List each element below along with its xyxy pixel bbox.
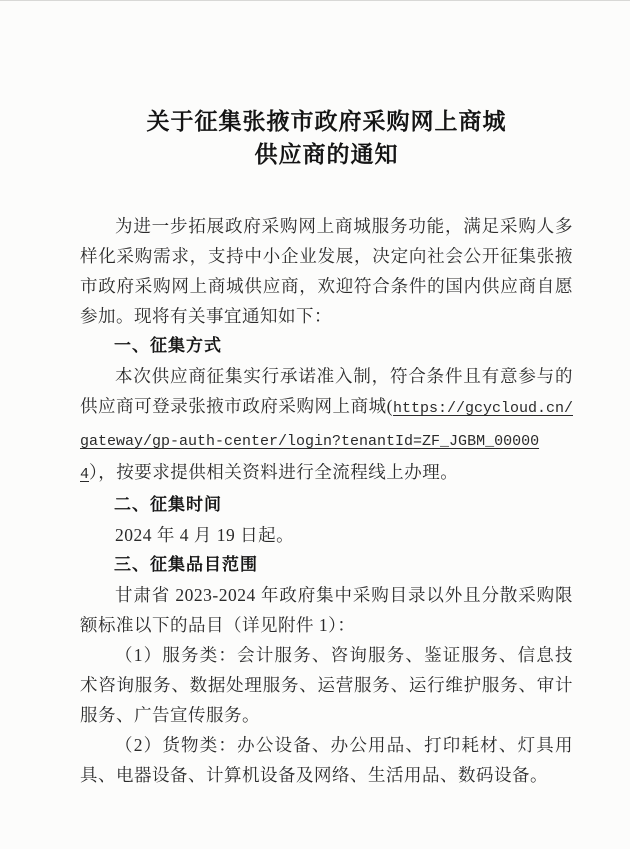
section-3-heading: 三、征集品目范围 [80,550,573,580]
section-3-goods-paragraph: （2）货物类：办公设备、办公用品、打印耗材、灯具用具、电器设备、计算机设备及网络… [80,730,573,790]
section-1-paragraph: 本次供应商征集实行承诺准入制，符合条件且有意参与的供应商可登录张掖市政府采购网上… [80,361,573,490]
notice-document-page: 关于征集张掖市政府采购网上商城 供应商的通知 为进一步拓展政府采购网上商城服务功… [0,0,630,849]
document-title-line-2: 供应商的通知 [255,142,399,167]
section-3-services-paragraph: （1）服务类：会计服务、咨询服务、鉴证服务、信息技术咨询服务、数据处理服务、运营… [80,640,573,730]
section-1-text-after-link: ），按要求提供相关资料进行全流程线上办理。 [89,462,458,482]
section-1-heading: 一、征集方式 [80,331,573,361]
section-2-date-paragraph: 2024 年 4 月 19 日起。 [80,520,573,550]
document-title-line-1: 关于征集张掖市政府采购网上商城 [147,109,507,134]
document-title: 关于征集张掖市政府采购网上商城 供应商的通知 [80,105,573,171]
section-3-scope-paragraph: 甘肃省 2023-2024 年政府集中采购目录以外且分散采购限额标准以下的品目（… [80,580,573,640]
section-2-heading: 二、征集时间 [80,490,573,520]
intro-paragraph: 为进一步拓展政府采购网上商城服务功能，满足采购人多样化采购需求，支持中小企业发展… [80,211,573,331]
